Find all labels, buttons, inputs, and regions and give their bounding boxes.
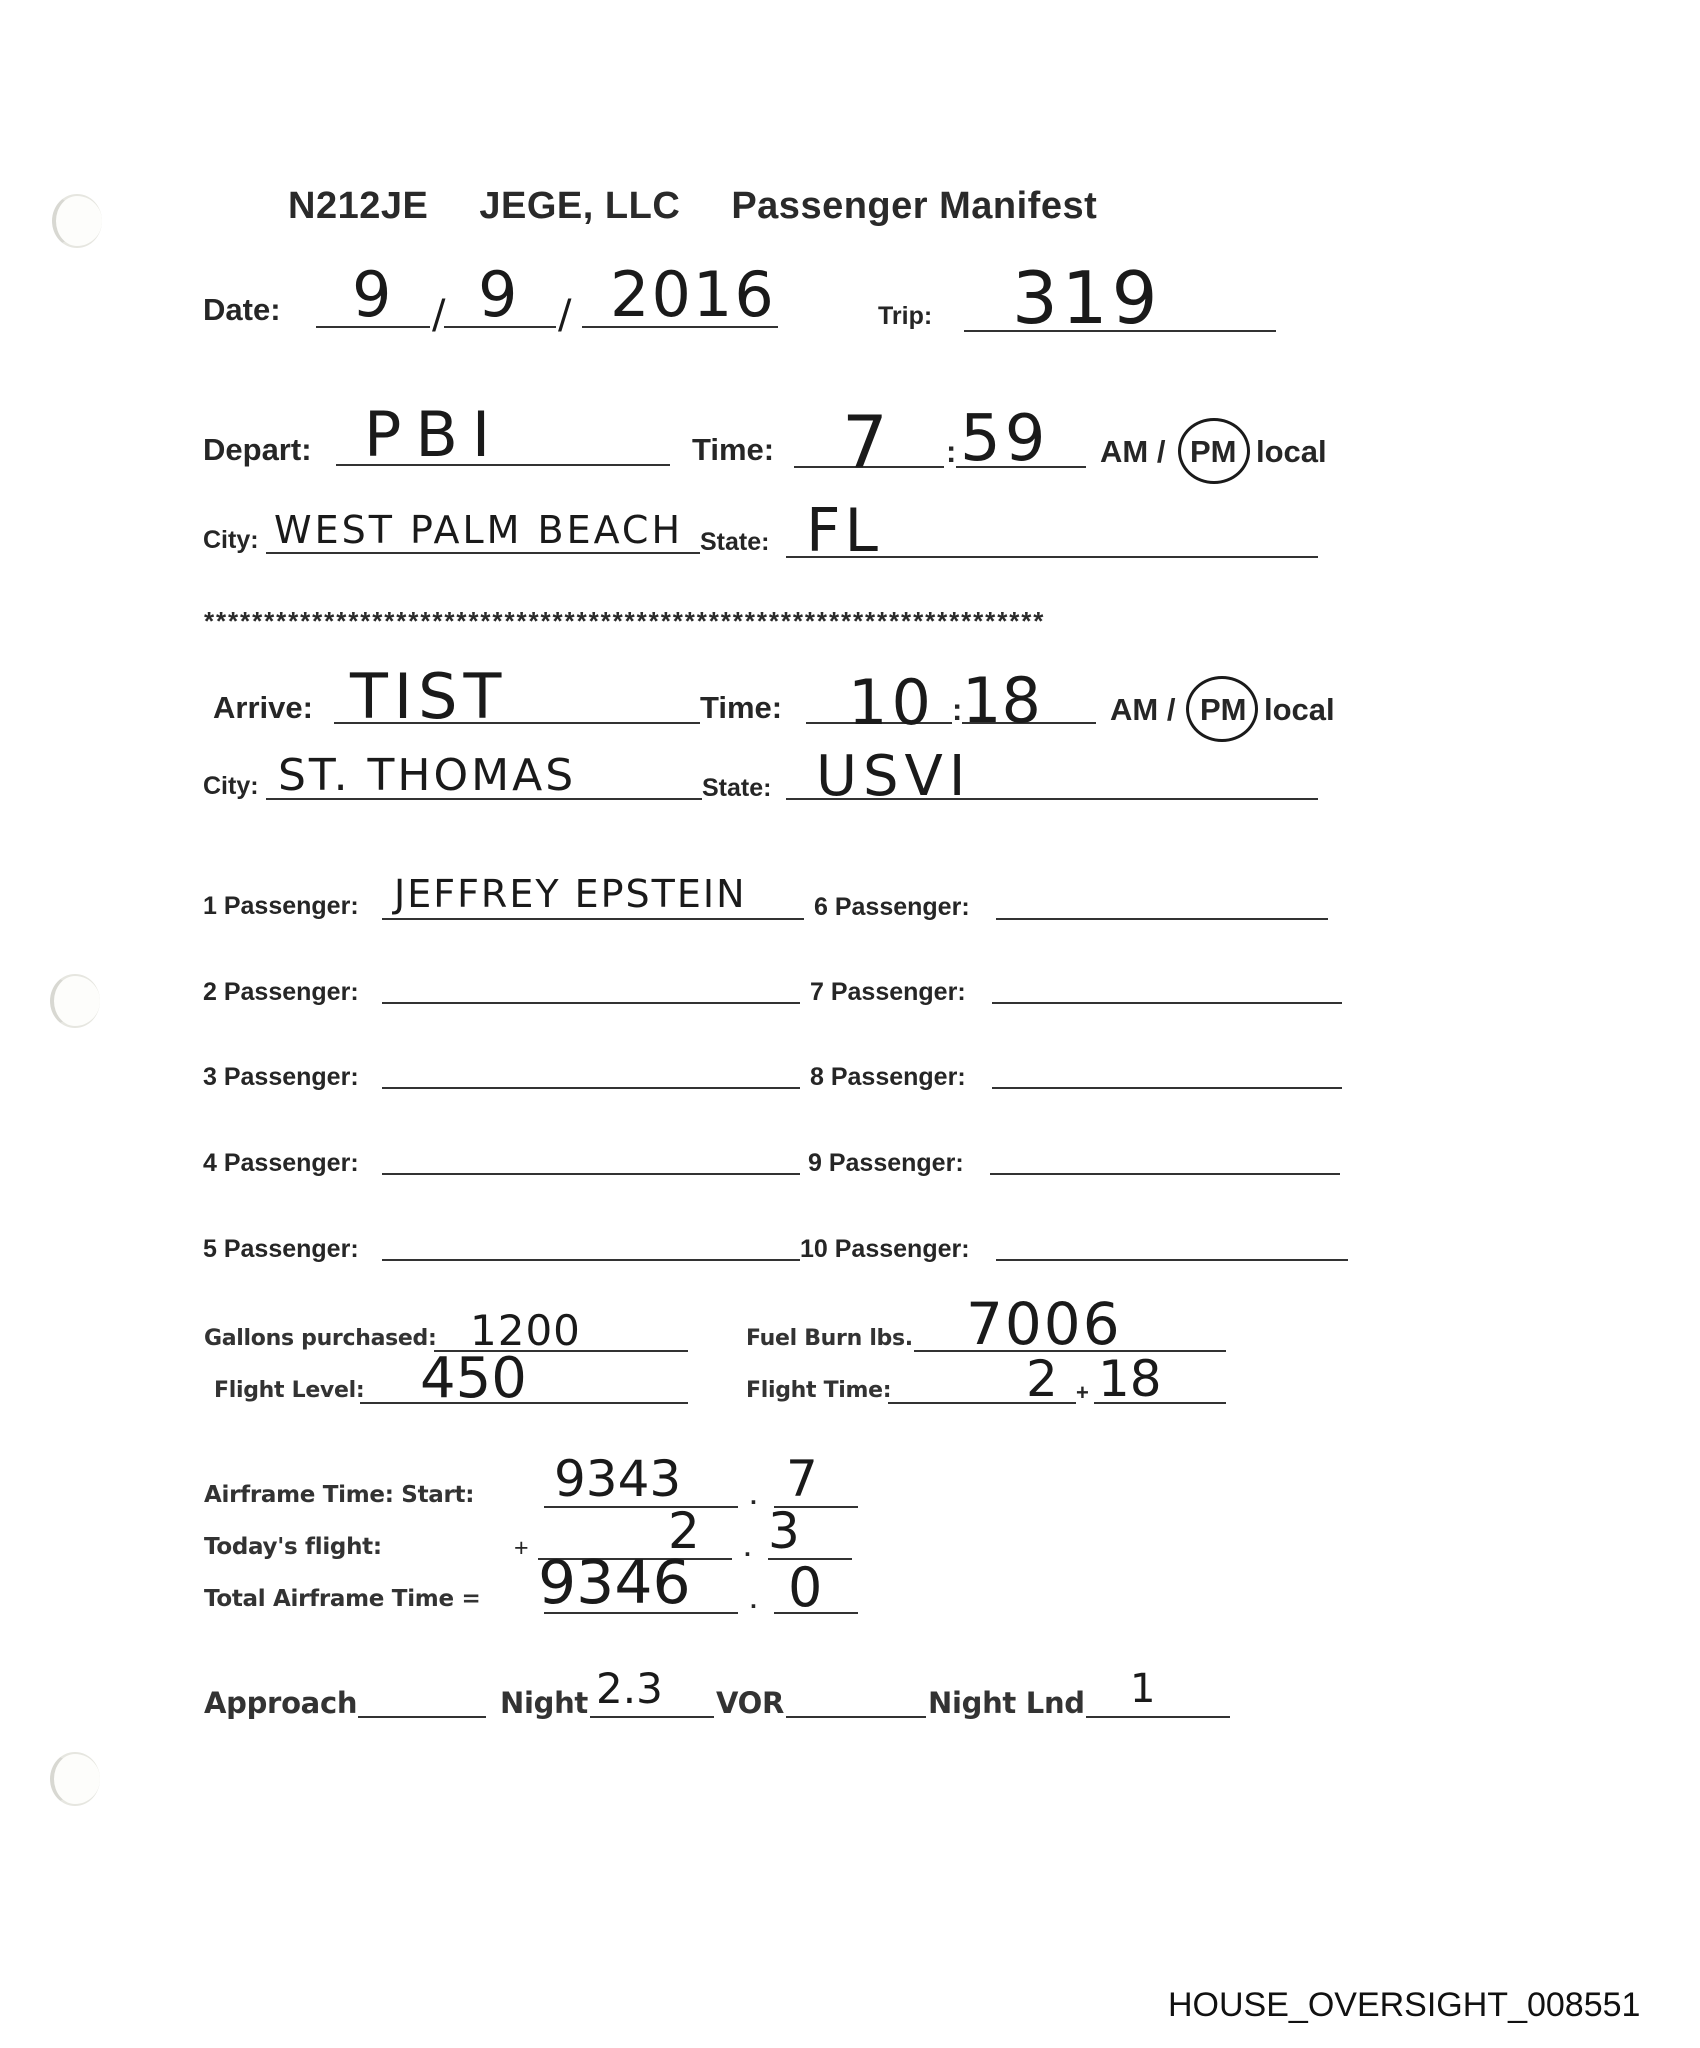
depart-label: Depart:: [203, 432, 312, 468]
passenger-1-value: JEFFREY EPSTEIN: [394, 872, 747, 916]
todays-flight-tenth-value: 3: [768, 1502, 804, 1560]
flight-level-label: Flight Level:: [214, 1378, 364, 1403]
approach-label: Approach: [204, 1686, 357, 1720]
passenger-1-field[interactable]: [382, 918, 804, 920]
section-divider: ****************************************…: [204, 606, 1045, 637]
vor-field[interactable]: [786, 1716, 926, 1718]
trip-label: Trip:: [878, 302, 932, 331]
depart-pm-selected-circle: [1178, 418, 1250, 484]
gallons-label: Gallons purchased:: [204, 1326, 437, 1351]
todays-flight-decimal: .: [744, 1534, 751, 1563]
passenger-6-label: 6 Passenger:: [814, 893, 970, 922]
arrive-airport-value: TIST: [350, 660, 507, 733]
total-airframe-decimal: .: [750, 1586, 757, 1615]
airframe-start-tenth-value: 7: [786, 1450, 822, 1508]
depart-city-value: WEST PALM BEACH: [274, 508, 683, 552]
total-airframe-label: Total Airframe Time =: [204, 1586, 480, 1612]
total-airframe-tenth-value: 0: [788, 1556, 826, 1619]
binder-hole-top: [52, 194, 102, 248]
arrive-city-label: City:: [203, 772, 259, 801]
fuel-burn-value: 7006: [966, 1290, 1122, 1358]
date-label: Date:: [203, 292, 281, 328]
binder-hole-bottom: [50, 1752, 100, 1806]
passenger-7-label: 7 Passenger:: [810, 978, 966, 1007]
passenger-10-label: 10 Passenger:: [800, 1235, 970, 1264]
depart-local-label: local: [1256, 434, 1327, 470]
night-field[interactable]: [590, 1716, 714, 1718]
arrive-hour-value: 10: [848, 666, 935, 739]
depart-time-separator: :: [946, 434, 956, 470]
passenger-2-label: 2 Passenger:: [203, 978, 359, 1007]
date-separator-2: /: [558, 292, 575, 338]
airframe-start-label: Airframe Time: Start:: [204, 1482, 474, 1508]
form-header: N212JE JEGE, LLC Passenger Manifest: [288, 185, 1097, 228]
depart-minute-value: 59: [960, 402, 1049, 476]
passenger-2-field[interactable]: [382, 1002, 800, 1004]
flight-time-label: Flight Time:: [746, 1378, 891, 1403]
date-year-value: 2016: [610, 258, 776, 331]
flight-time-hours-value: 2: [1026, 1350, 1062, 1408]
flight-level-value: 450: [420, 1346, 527, 1411]
tail-number: N212JE: [288, 185, 428, 227]
passenger-9-field[interactable]: [990, 1173, 1340, 1175]
passenger-3-label: 3 Passenger:: [203, 1063, 359, 1092]
arrive-city-value: ST. THOMAS: [278, 750, 576, 801]
airframe-start-whole-value: 9343: [554, 1450, 681, 1508]
passenger-3-field[interactable]: [382, 1087, 800, 1089]
airframe-start-decimal: .: [750, 1482, 757, 1511]
passenger-9-label: 9 Passenger:: [808, 1149, 964, 1178]
todays-flight-label: Today's flight:: [204, 1534, 382, 1560]
arrive-state-value: USVI: [816, 744, 971, 809]
total-airframe-whole-value: 9346: [538, 1548, 691, 1618]
arrive-time-separator: :: [952, 692, 962, 728]
bates-number: HOUSE_OVERSIGHT_008551: [1168, 1986, 1640, 2025]
night-value: 2.3: [596, 1664, 663, 1713]
passenger-4-field[interactable]: [382, 1173, 800, 1175]
passenger-1-label: 1 Passenger:: [203, 892, 359, 921]
vor-label: VOR: [716, 1686, 784, 1720]
todays-flight-plus: +: [514, 1534, 529, 1563]
fuel-burn-label: Fuel Burn lbs.: [746, 1326, 913, 1351]
arrive-local-label: local: [1264, 692, 1335, 728]
depart-airport-value: PBI: [364, 398, 504, 471]
binder-hole-middle: [50, 974, 100, 1028]
date-day-value: 9: [478, 258, 521, 331]
arrive-minute-value: 18: [962, 664, 1041, 737]
depart-city-label: City:: [203, 526, 259, 555]
passenger-8-field[interactable]: [992, 1087, 1342, 1089]
arrive-am-option[interactable]: AM /: [1110, 692, 1175, 728]
company-name: JEGE, LLC: [479, 185, 680, 227]
depart-time-label: Time:: [692, 432, 774, 468]
passenger-10-field[interactable]: [996, 1259, 1348, 1261]
flight-time-plus: +: [1076, 1380, 1089, 1406]
arrive-state-label: State:: [702, 774, 771, 803]
arrive-label: Arrive:: [213, 690, 313, 726]
night-landing-label: Night Lnd: [928, 1686, 1085, 1720]
passenger-6-field[interactable]: [996, 918, 1328, 920]
depart-am-option[interactable]: AM /: [1100, 434, 1165, 470]
night-landing-field[interactable]: [1086, 1716, 1230, 1718]
depart-hour-value: 7: [842, 400, 892, 484]
date-separator-1: /: [432, 292, 449, 338]
passenger-4-label: 4 Passenger:: [203, 1149, 359, 1178]
depart-state-label: State:: [700, 528, 769, 557]
passenger-7-field[interactable]: [992, 1002, 1342, 1004]
depart-state-value: FL: [806, 496, 882, 566]
approach-field[interactable]: [358, 1716, 486, 1718]
night-label: Night: [500, 1686, 588, 1720]
passenger-5-field[interactable]: [382, 1259, 800, 1261]
trip-value: 319: [1012, 256, 1161, 340]
form-title: Passenger Manifest: [731, 185, 1097, 227]
depart-city-field[interactable]: [266, 552, 700, 554]
date-month-value: 9: [352, 258, 395, 331]
arrive-time-label: Time:: [700, 690, 782, 726]
flight-time-minutes-value: 18: [1098, 1350, 1162, 1408]
passenger-8-label: 8 Passenger:: [810, 1063, 966, 1092]
passenger-5-label: 5 Passenger:: [203, 1235, 359, 1264]
night-landing-value: 1: [1130, 1666, 1159, 1712]
arrive-pm-selected-circle: [1186, 676, 1258, 742]
